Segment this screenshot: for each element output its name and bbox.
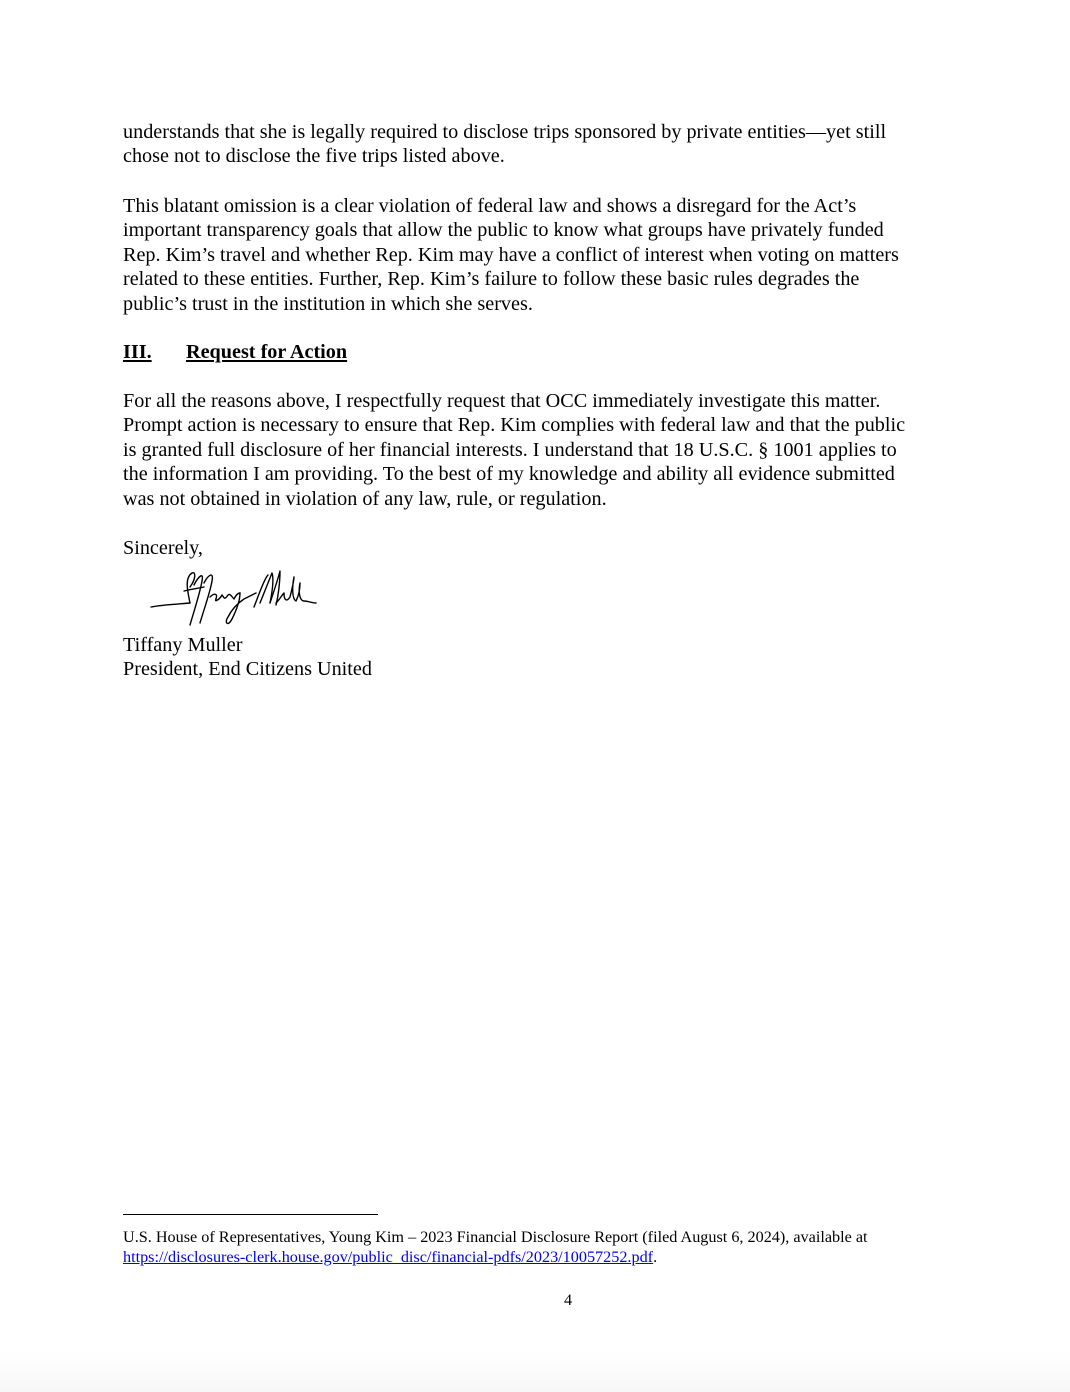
- footnote-trailing-period: .: [653, 1248, 657, 1266]
- text-line: was not obtained in violation of any law…: [123, 487, 953, 511]
- text-line: related to these entities. Further, Rep.…: [123, 267, 953, 291]
- paragraph-request: For all the reasons above, I respectfull…: [123, 389, 953, 511]
- text-line: important transparency goals that allow …: [123, 218, 953, 242]
- text-line: This blatant omission is a clear violati…: [123, 194, 953, 218]
- footnote-divider: [123, 1214, 378, 1215]
- text-line: understands that she is legally required…: [123, 120, 953, 144]
- signer-title: President, End Citizens United: [123, 657, 372, 681]
- text-line: Rep. Kim’s travel and whether Rep. Kim m…: [123, 243, 953, 267]
- closing-salutation: Sincerely,: [123, 536, 203, 560]
- page-bottom-edge: [0, 1352, 1070, 1392]
- handwritten-signature: [148, 563, 318, 631]
- page-number: 4: [0, 1290, 1070, 1310]
- document-page: understands that she is legally required…: [0, 0, 1070, 1392]
- section-number: III.: [123, 340, 186, 364]
- section-heading: III.Request for Action: [123, 340, 347, 364]
- text-line: public’s trust in the institution in whi…: [123, 292, 953, 316]
- text-line: For all the reasons above, I respectfull…: [123, 389, 953, 413]
- text-line: is granted full disclosure of her financ…: [123, 438, 953, 462]
- footnote-text: U.S. House of Representatives, Young Kim…: [123, 1227, 868, 1247]
- text-line: Prompt action is necessary to ensure tha…: [123, 413, 953, 437]
- paragraph-disclosure-obligation: understands that she is legally required…: [123, 120, 953, 169]
- footnote-link-line: https://disclosures-clerk.house.gov/publ…: [123, 1247, 868, 1267]
- signer-name: Tiffany Muller: [123, 633, 372, 657]
- section-title: Request for Action: [186, 341, 347, 363]
- paragraph-violation: This blatant omission is a clear violati…: [123, 194, 953, 316]
- signer-block: Tiffany Muller President, End Citizens U…: [123, 633, 372, 682]
- text-line: the information I am providing. To the b…: [123, 462, 953, 486]
- text-line: chose not to disclose the five trips lis…: [123, 144, 953, 168]
- footnote-link[interactable]: https://disclosures-clerk.house.gov/publ…: [123, 1248, 653, 1266]
- footnote: U.S. House of Representatives, Young Kim…: [123, 1227, 868, 1267]
